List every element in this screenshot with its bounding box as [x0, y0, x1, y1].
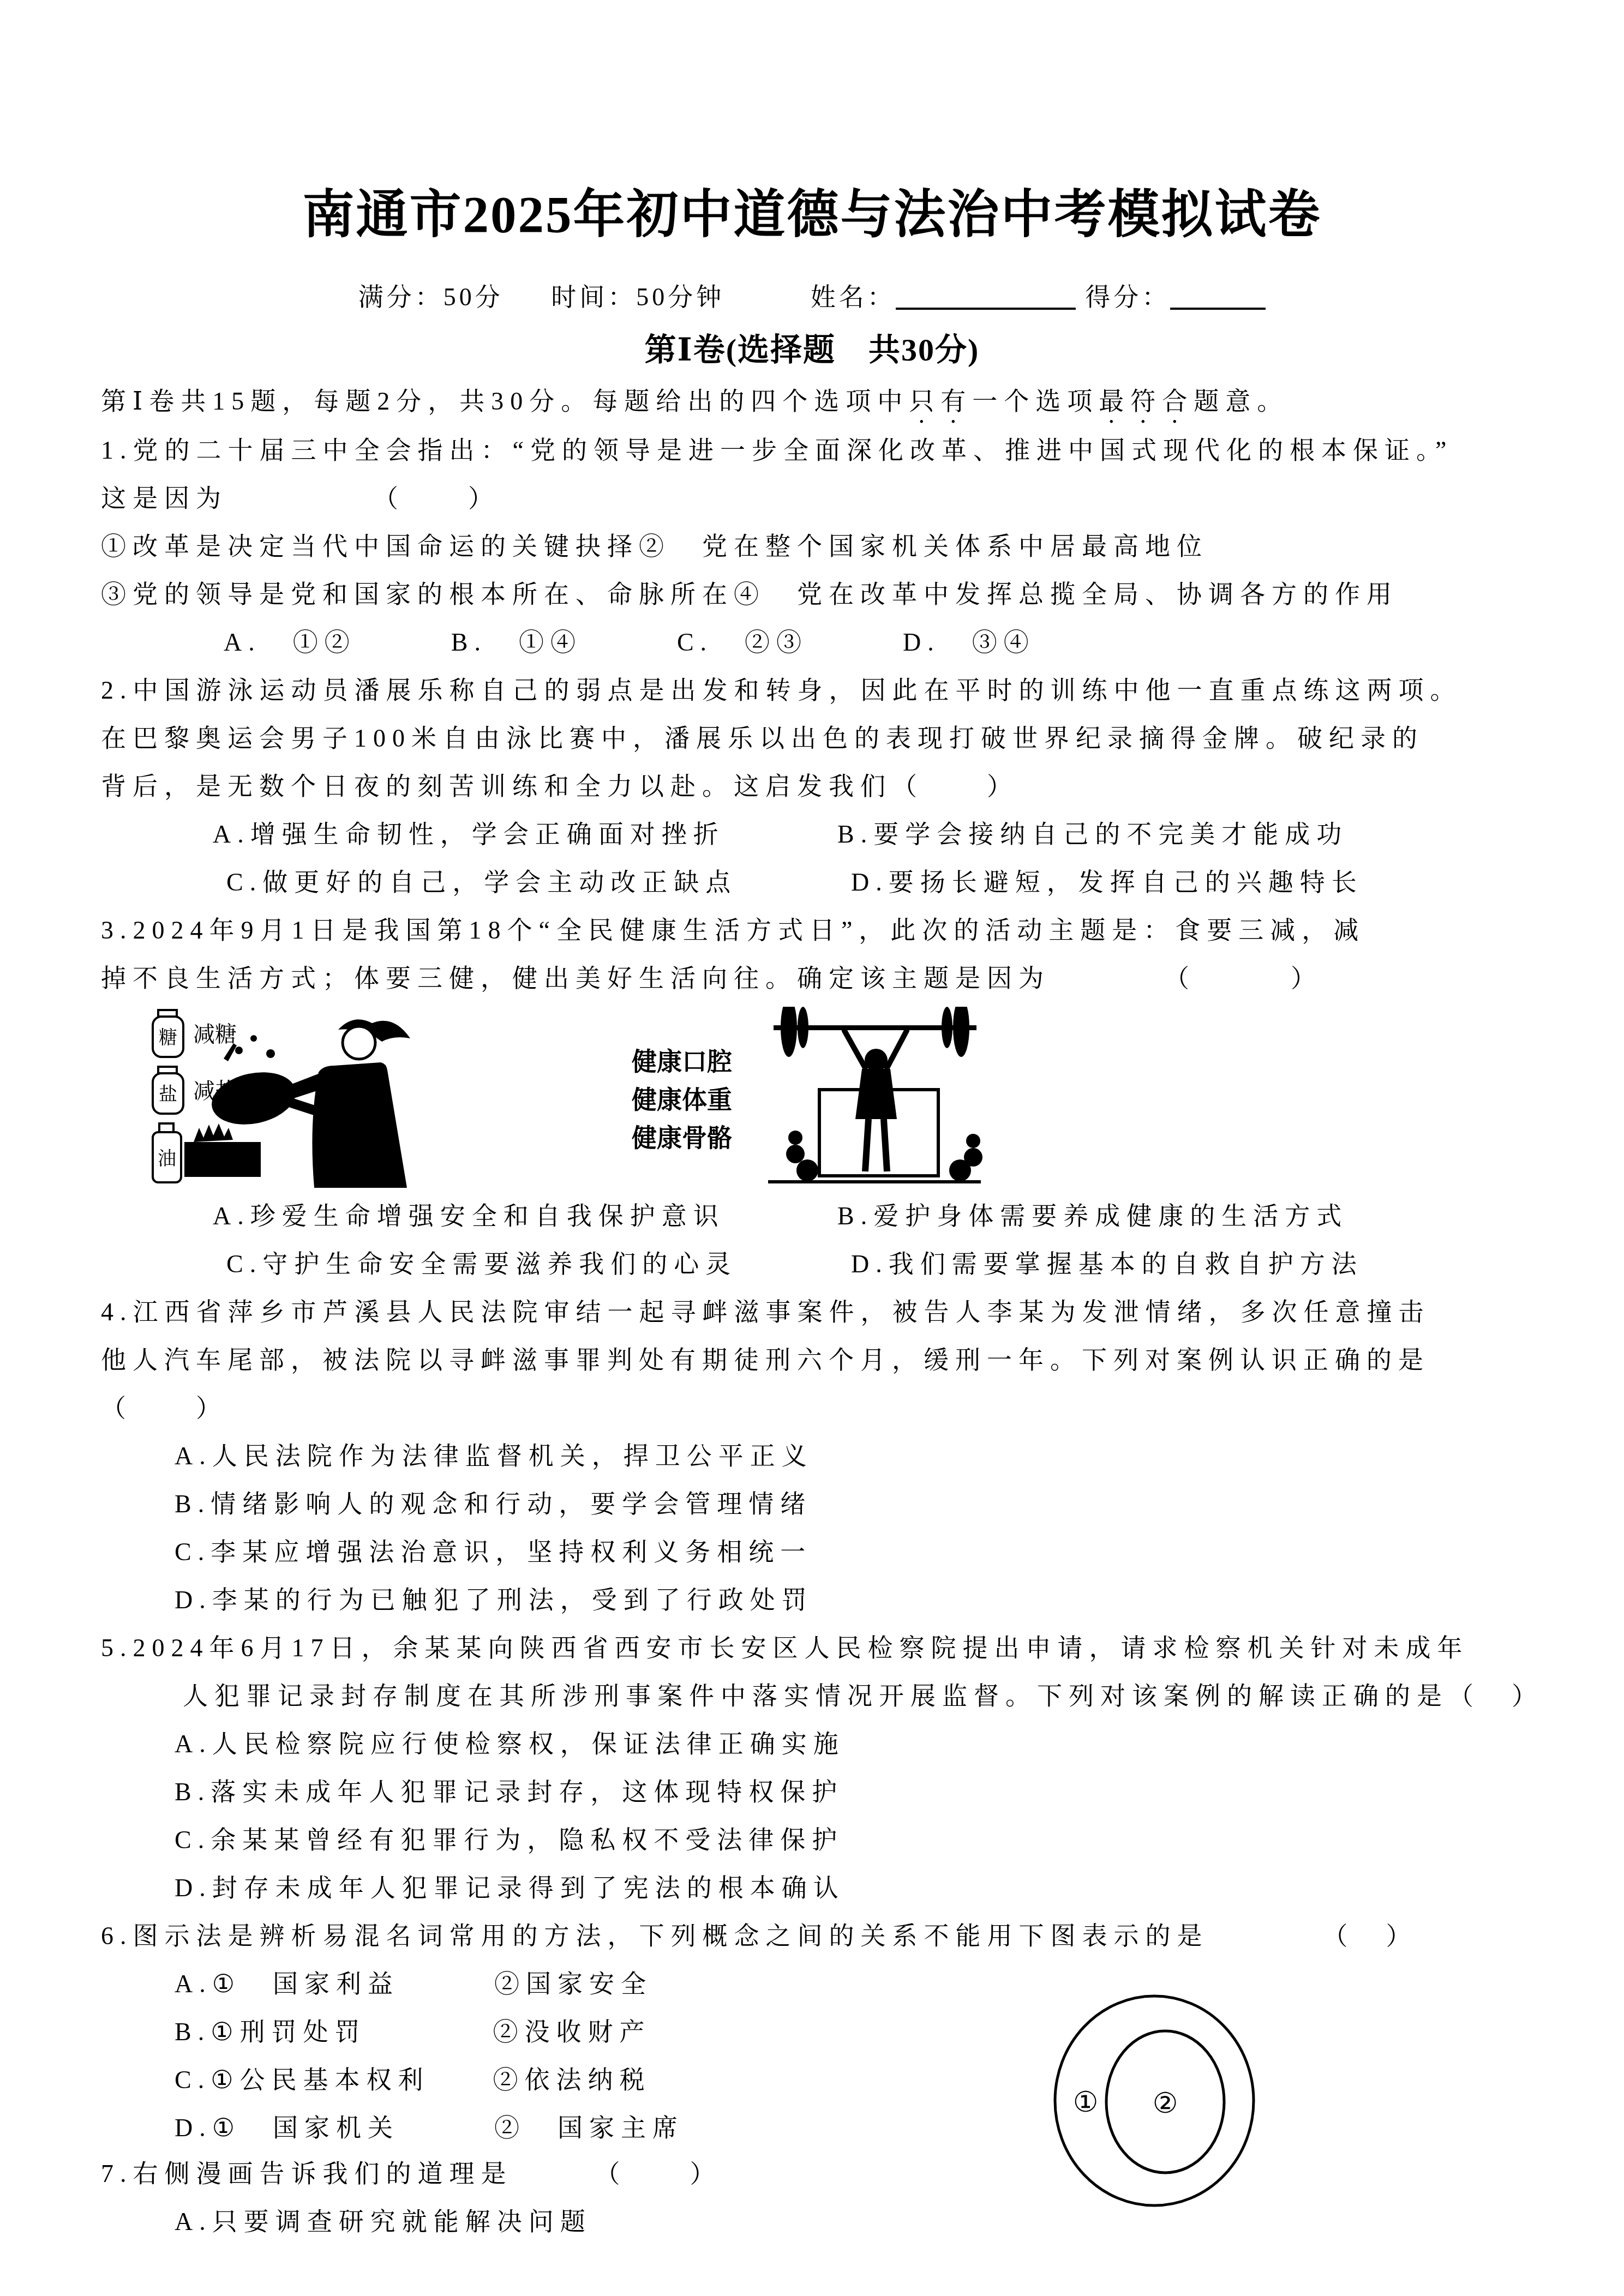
- q3-option-d: D.我们需要掌握基本的自救自护方法: [851, 1240, 1363, 1288]
- q2-options-ab: A.增强生命韧性，学会正确面对挫折 B.要学会接纳自己的不完美才能成功: [101, 810, 1552, 858]
- q2-line-3: 背后，是无数个日夜的刻苦训练和全力以赴。这启发我们（ ）: [101, 762, 1552, 810]
- q6-option-b: B.①刑罚处罚 ②没收财产: [101, 2008, 1552, 2056]
- q6-option-d: D.① 国家机关 ② 国家主席: [101, 2104, 1552, 2152]
- q6-option-a: A.① 国家利益 ②国家安全: [101, 1960, 1552, 2008]
- intro-post: 题意。: [1194, 387, 1289, 415]
- section-intro: 第Ⅰ卷共15题，每题2分，共30分。每题给出的四个选项中只有一个选项最符合题意。: [101, 377, 1552, 429]
- q4-line-3: （ ）: [101, 1384, 1552, 1432]
- q4-option-c: C.李某应增强法治意识，坚持权利义务相统一: [101, 1528, 1552, 1576]
- healthy-mouth-text: 健康口腔: [632, 1048, 732, 1075]
- question-4: 4.江西省萍乡市芦溪县人民法院审结一起寻衅滋事案件，被告人李某为发泄情绪，多次任…: [101, 1288, 1552, 1624]
- q4-option-b: B.情绪影响人的观念和行动，要学会管理情绪: [101, 1480, 1552, 1528]
- venn-label-2: ②: [1153, 2088, 1178, 2119]
- q1-line-3: ①改革是决定当代中国命运的关键抉择② 党在整个国家机关体系中居最高地位: [101, 522, 1552, 570]
- venn-label-1: ①: [1073, 2087, 1099, 2118]
- jar-salt-char: 盐: [159, 1084, 177, 1105]
- q3-option-a: A.珍爱生命增强安全和自我保护意识: [213, 1192, 837, 1240]
- q2-options-cd: C.做更好的自己，学会主动改正缺点 D.要扬长避短，发挥自己的兴趣特长: [101, 858, 1552, 906]
- q3-illustrations: 糖 盐 油 减糖 减盐 减油: [101, 1007, 1552, 1192]
- full-score-label: 满分：50分: [358, 283, 504, 311]
- section-header: 第Ⅰ卷(选择题 共30分): [0, 324, 1624, 370]
- q4-option-a: A.人民法院作为法律监督机关，捍卫公平正义: [101, 1432, 1552, 1480]
- q2-option-d: D.要扬长避短，发挥自己的兴趣特长: [851, 858, 1363, 906]
- intro-mid: 一个选项: [972, 387, 1099, 415]
- question-6: 6.图示法是辨析易混名词常用的方法，下列概念之间的关系不能用下图表示的是 （ ）…: [101, 1912, 1552, 2152]
- intro-emphasis-2: 最符合: [1099, 387, 1194, 415]
- name-label: 姓名：: [811, 283, 896, 311]
- q3-option-c: C.守护生命安全需要滋养我们的心灵: [226, 1240, 851, 1288]
- q3-options-cd: C.守护生命安全需要滋养我们的心灵 D.我们需要掌握基本的自救自护方法: [101, 1240, 1552, 1288]
- q1-options-row: A. ①② B. ①④ C. ②③ D. ③④: [101, 618, 1552, 666]
- q5-option-c: C.余某某曾经有犯罪行为，隐私权不受法律保护: [101, 1816, 1552, 1864]
- jar-sugar-char: 糖: [159, 1027, 177, 1048]
- q1-line-4: ③党的领导是党和国家的根本所在、命脉所在④ 党在改革中发挥总揽全局、协调各方的作…: [101, 570, 1552, 618]
- q4-line-1: 4.江西省萍乡市芦溪县人民法院审结一起寻衅滋事案件，被告人李某为发泄情绪，多次任…: [101, 1288, 1552, 1336]
- time-label: 时间：50分钟: [551, 283, 724, 311]
- points-label: 得分：: [1085, 283, 1170, 311]
- q3-options-ab: A.珍爱生命增强安全和自我保护意识 B.爱护身体需要养成健康的生活方式: [101, 1192, 1552, 1240]
- question-3: 3.2024年9月1日是我国第18个“全民健康生活方式日”，此次的活动主题是：食…: [101, 906, 1552, 1288]
- healthy-weight-text: 健康体重: [632, 1086, 732, 1114]
- q2-option-c: C.做更好的自己，学会主动改正缺点: [226, 858, 851, 906]
- q5-option-b: B.落实未成年人犯罪记录封存，这体现特权保护: [101, 1768, 1552, 1816]
- question-5: 5.2024年6月17日，余某某向陕西省西安市长安区人民检察院提出申请，请求检察…: [101, 1624, 1552, 1912]
- q2-option-a: A.增强生命韧性，学会正确面对挫折: [213, 810, 837, 858]
- jar-sugar-label: 减糖: [193, 1022, 237, 1047]
- q7-line-1: 7.右侧漫画告诉我们的道理是 （ ）: [101, 2150, 1552, 2198]
- question-1: 1.党的二十届三中全会指出：“党的领导是进一步全面深化改革、推进中国式现代化的根…: [101, 426, 1552, 666]
- q5-option-d: D.封存未成年人犯罪记录得到了宪法的根本确认: [101, 1864, 1552, 1912]
- weightlifter-illustration: 健康口腔 健康体重 健康骨骼: [627, 1007, 985, 1191]
- q3-line-1: 3.2024年9月1日是我国第18个“全民健康生活方式日”，此次的活动主题是：食…: [101, 906, 1552, 954]
- q2-line-1: 2.中国游泳运动员潘展乐称自己的弱点是出发和转身，因此在平时的训练中他一直重点练…: [101, 666, 1552, 714]
- jar-oil-char: 油: [158, 1149, 176, 1169]
- q5-line-2: 人犯罪记录封存制度在其所涉刑事案件中落实情况开展监督。下列对该案例的解读正确的是…: [101, 1672, 1552, 1720]
- question-2: 2.中国游泳运动员潘展乐称自己的弱点是出发和转身，因此在平时的训练中他一直重点练…: [101, 666, 1552, 906]
- q2-line-2: 在巴黎奥运会男子100米自由泳比赛中，潘展乐以出色的表现打破世界纪录摘得金牌。破…: [101, 714, 1552, 762]
- q3-line-2: 掉不良生活方式；体要三健，健出美好生活向往。确定该主题是因为 （ ）: [101, 954, 1552, 1002]
- score-blank-line: [1170, 284, 1266, 310]
- intro-pre: 第Ⅰ卷共15题，每题2分，共30分。每题给出的四个选项中: [101, 387, 909, 415]
- q1-line-2: 这是因为 （ ）: [101, 474, 1552, 522]
- page-title: 南通市2025年初中道德与法治中考模拟试卷: [0, 173, 1624, 248]
- q7-option-a: A.只要调查研究就能解决问题: [101, 2198, 1552, 2246]
- q1-line-1: 1.党的二十届三中全会指出：“党的领导是进一步全面深化改革、推进中国式现代化的根…: [101, 426, 1552, 474]
- q5-option-a: A.人民检察院应行使检察权，保证法律正确实施: [101, 1720, 1552, 1768]
- q3-option-b: B.爱护身体需要养成健康的生活方式: [837, 1192, 1348, 1240]
- q4-option-d: D.李某的行为已触犯了刑法，受到了行政处罚: [101, 1576, 1552, 1624]
- question-7: 7.右侧漫画告诉我们的道理是 （ ） A.只要调查研究就能解决问题: [101, 2150, 1552, 2246]
- exam-info-line: 满分：50分 时间：50分钟 姓名： 得分：: [0, 277, 1624, 313]
- cook-illustration: 糖 盐 油 减糖 减盐 减油: [142, 1007, 494, 1188]
- intro-emphasis-1: 只有: [909, 387, 972, 415]
- q5-line-1: 5.2024年6月17日，余某某向陕西省西安市长安区人民检察院提出申请，请求检察…: [101, 1624, 1552, 1672]
- q4-line-2: 他人汽车尾部，被法院以寻衅滋事罪判处有期徒刑六个月，缓刑一年。下列对案例认识正确…: [101, 1336, 1552, 1384]
- healthy-bones-text: 健康骨骼: [632, 1124, 732, 1152]
- name-blank-line: [896, 284, 1076, 310]
- q6-line-1: 6.图示法是辨析易混名词常用的方法，下列概念之间的关系不能用下图表示的是 （ ）: [101, 1912, 1552, 1960]
- q6-option-c: C.①公民基本权利 ②依法纳税: [101, 2056, 1552, 2104]
- q2-option-b: B.要学会接纳自己的不完美才能成功: [837, 810, 1348, 858]
- exam-paper-page: 南通市2025年初中道德与法治中考模拟试卷 满分：50分 时间：50分钟 姓名：…: [0, 0, 1624, 2296]
